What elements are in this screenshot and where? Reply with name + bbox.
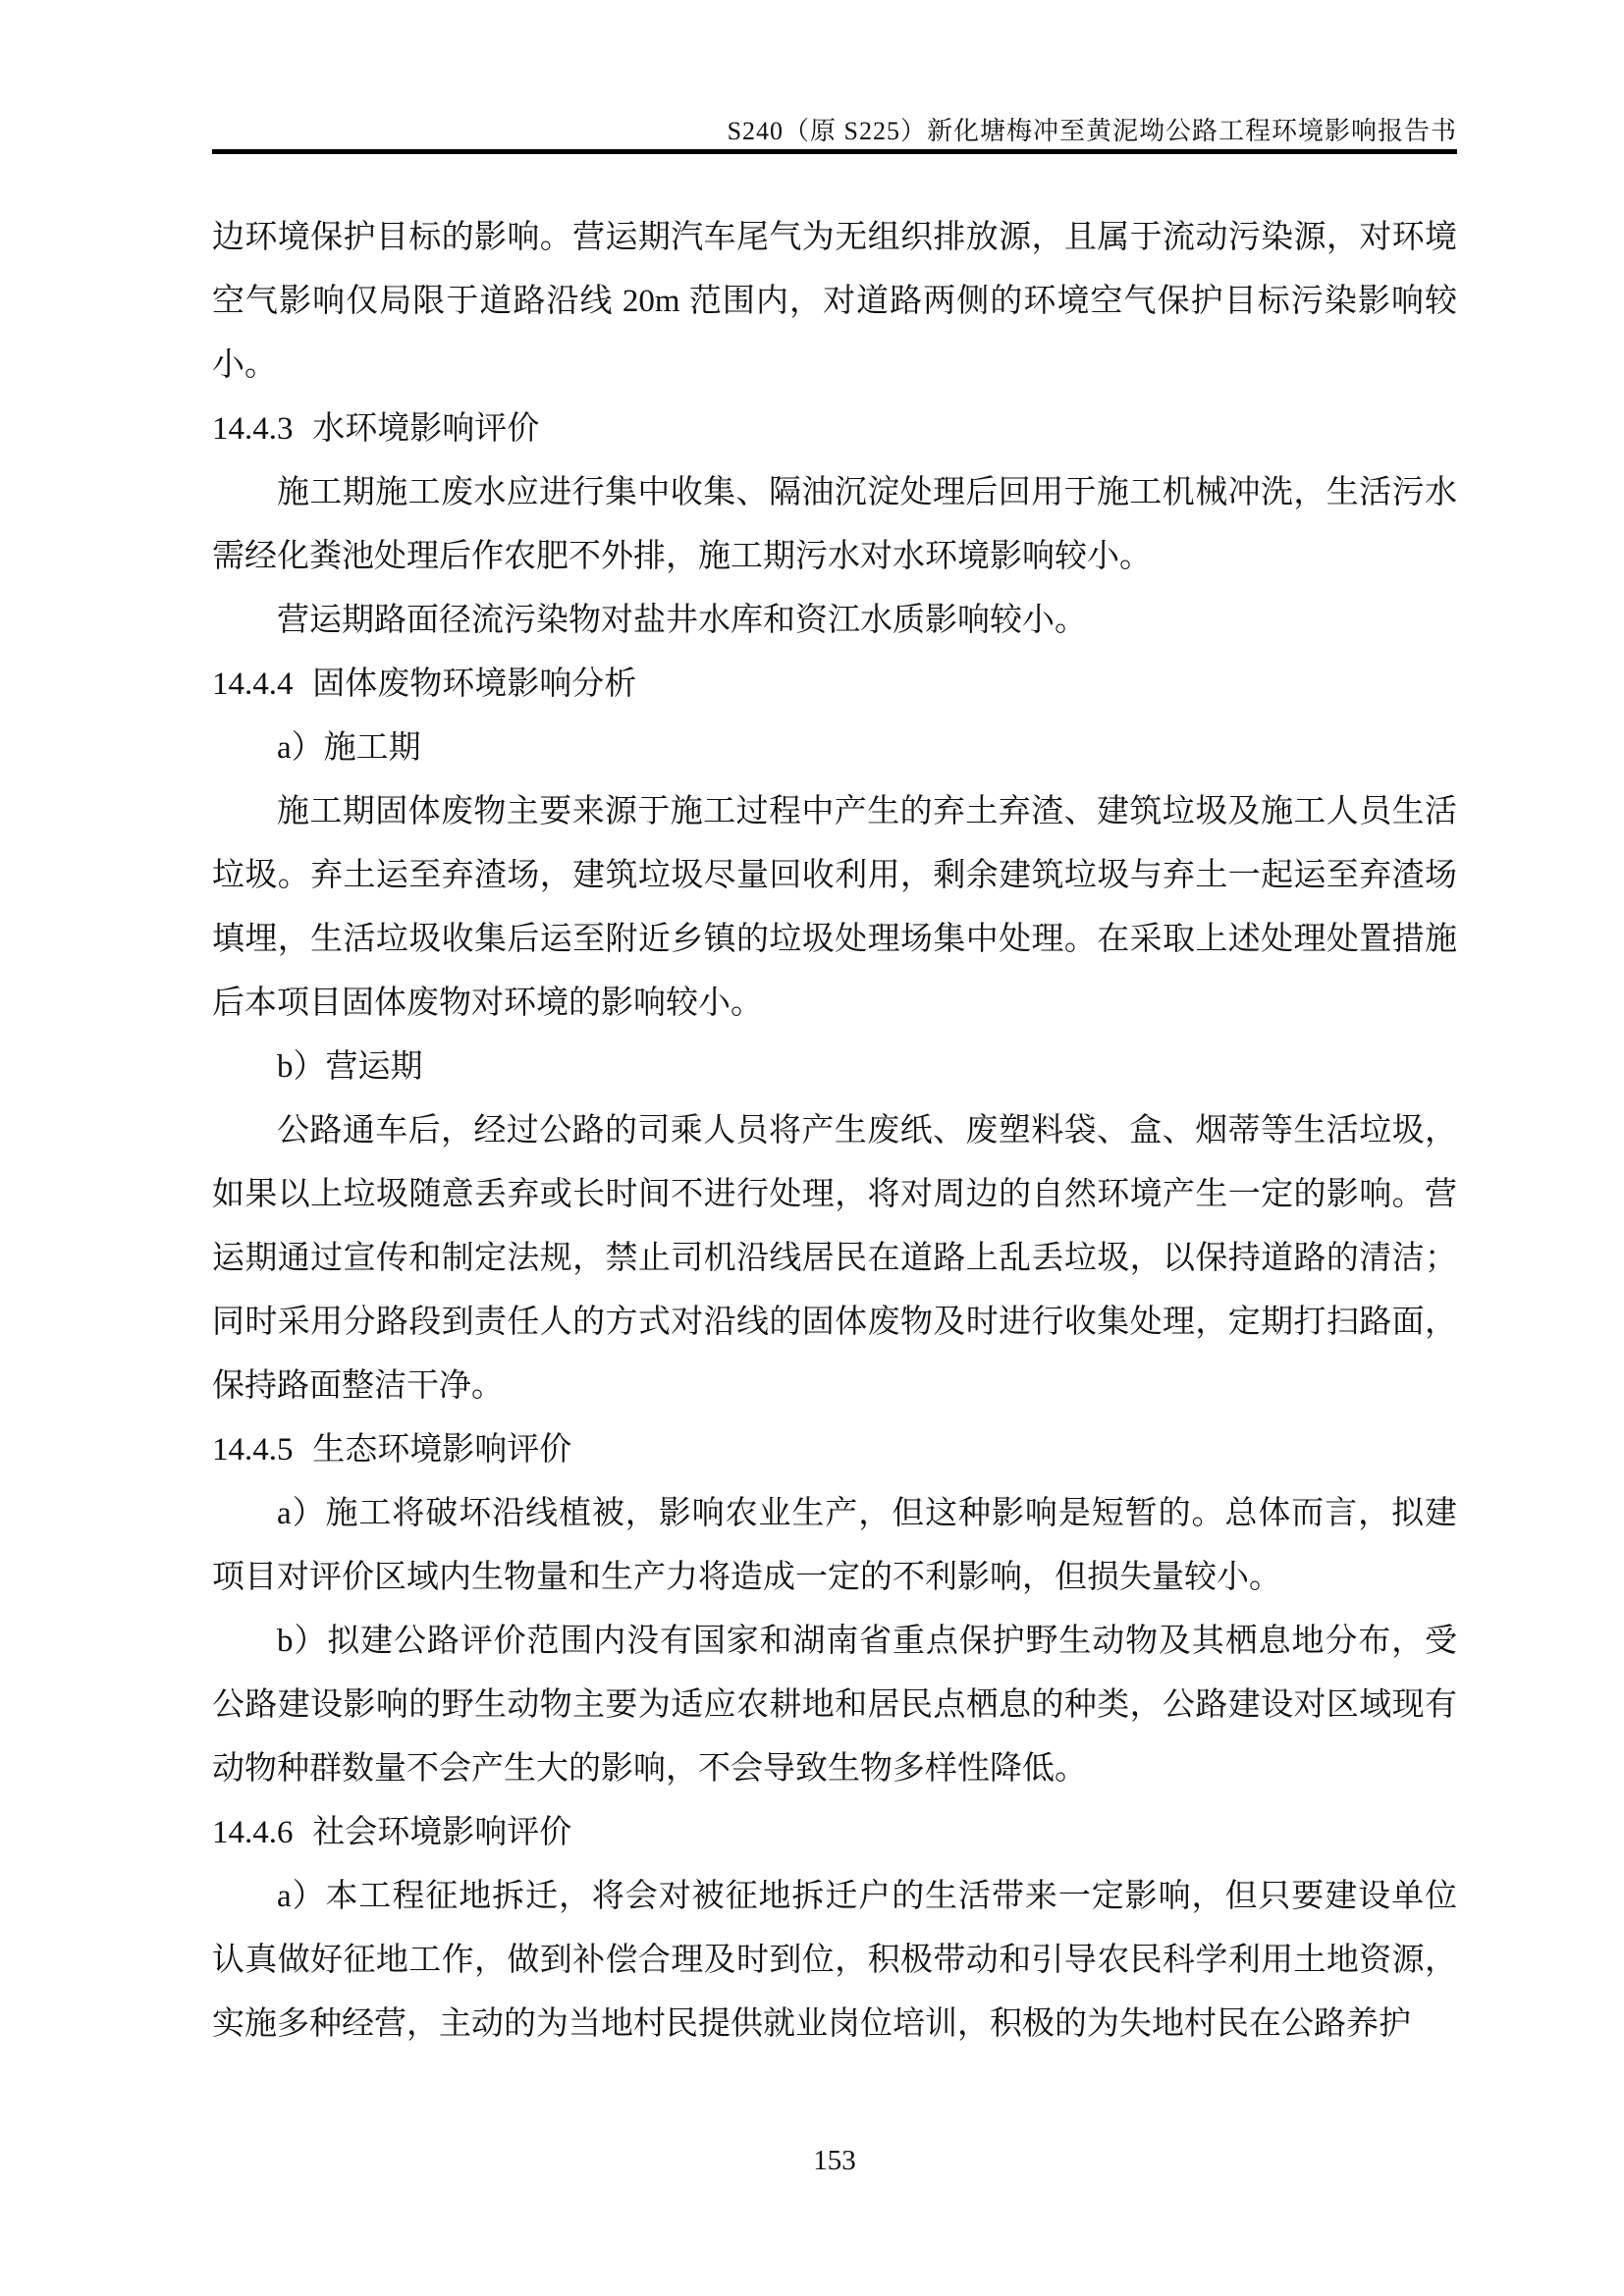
section-number: 14.4.4 (212, 667, 294, 702)
document-page: S240（原 S225）新化塘梅冲至黄泥坳公路工程环境影响报告书 边环境保护目标… (0, 0, 1624, 2296)
section-title: 生态环境影响评价 (312, 1432, 571, 1468)
header-rule (212, 149, 1457, 154)
paragraph: 营运期路面径流污染物对盐井水库和资江水质影响较小。 (212, 589, 1457, 653)
section-heading-14-4-3: 14.4.3水环境影响评价 (212, 398, 1457, 461)
paragraph: 施工期施工废水应进行集中收集、隔油沉淀处理后回用于施工机械冲洗，生活污水需经化粪… (212, 461, 1457, 589)
section-number: 14.4.3 (212, 411, 294, 447)
section-title: 水环境影响评价 (312, 411, 539, 447)
list-item-a: a）本工程征地拆迁，将会对被征地拆迁户的生活带来一定影响，但只要建设单位认真做好… (212, 1865, 1457, 2056)
paragraph: 公路通车后，经过公路的司乘人员将产生废纸、废塑料袋、盒、烟蒂等生活垃圾，如果以上… (212, 1099, 1457, 1418)
section-number: 14.4.5 (212, 1432, 294, 1468)
section-number: 14.4.6 (212, 1815, 294, 1850)
paragraph: 边环境保护目标的影响。营运期汽车尾气为无组织排放源，且属于流动污染源，对环境空气… (212, 206, 1457, 398)
section-title: 固体废物环境影响分析 (312, 667, 636, 702)
document-body: 边环境保护目标的影响。营运期汽车尾气为无组织排放源，且属于流动污染源，对环境空气… (212, 206, 1457, 2056)
running-header: S240（原 S225）新化塘梅冲至黄泥坳公路工程环境影响报告书 (212, 116, 1457, 147)
section-heading-14-4-5: 14.4.5生态环境影响评价 (212, 1418, 1457, 1482)
list-item-a: a）施工将破坏沿线植被，影响农业生产，但这种影响是短暂的。总体而言，拟建项目对评… (212, 1482, 1457, 1610)
paragraph: 施工期固体废物主要来源于施工过程中产生的弃土弃渣、建筑垃圾及施工人员生活垃圾。弃… (212, 780, 1457, 1036)
section-heading-14-4-6: 14.4.6社会环境影响评价 (212, 1801, 1457, 1865)
page-number: 153 (212, 2144, 1457, 2177)
list-item-b: b）拟建公路评价范围内没有国家和湖南省重点保护野生动物及其栖息地分布，受公路建设… (212, 1610, 1457, 1801)
list-item-b: b）营运期 (212, 1036, 1457, 1099)
section-heading-14-4-4: 14.4.4固体废物环境影响分析 (212, 653, 1457, 717)
section-title: 社会环境影响评价 (312, 1815, 571, 1850)
list-item-a: a）施工期 (212, 717, 1457, 780)
